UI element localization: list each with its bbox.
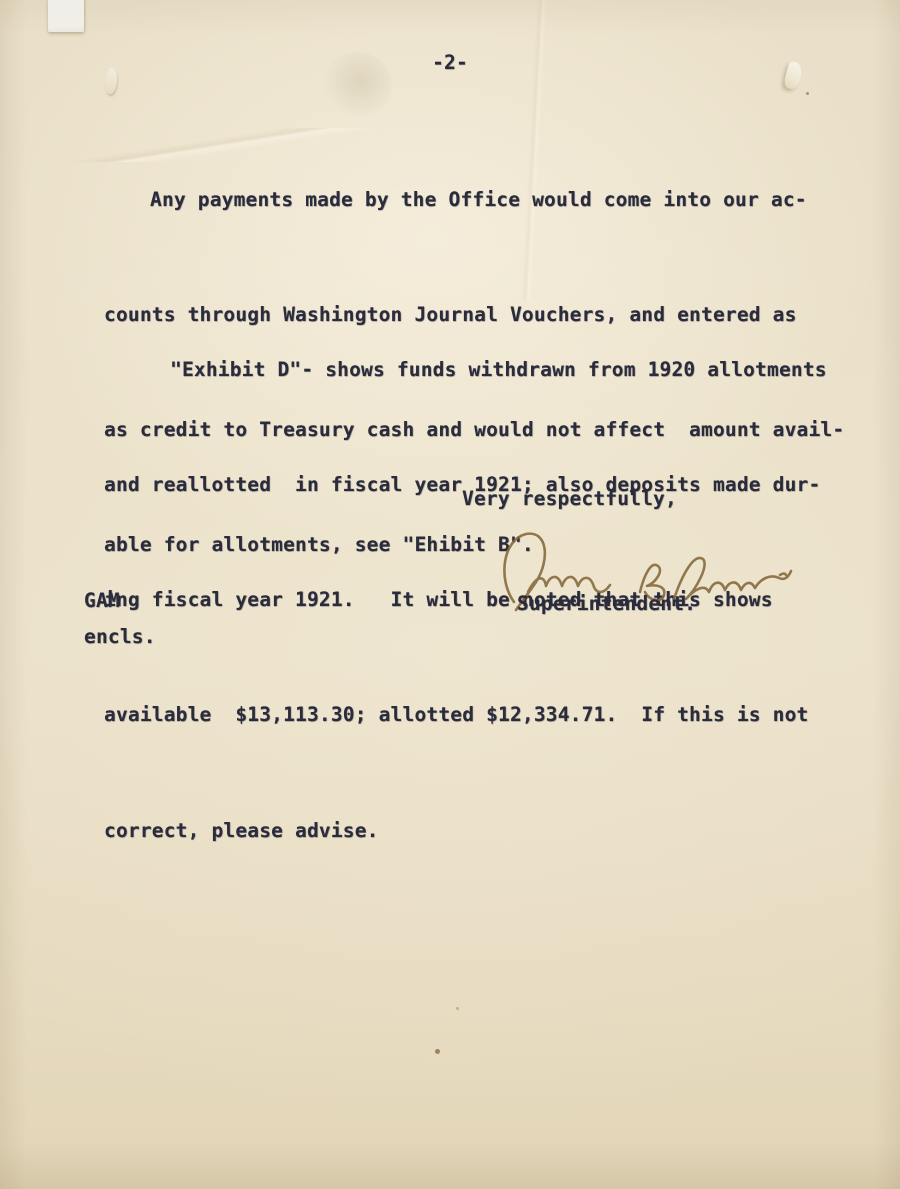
text-line: correct, please advise. <box>104 812 844 850</box>
page-number: -2- <box>0 44 900 82</box>
text-line: Any payments made by the Office would co… <box>104 181 844 219</box>
text-line: "Exhibit D"- shows funds withdrawn from … <box>104 351 844 389</box>
signature-title: Superintendent. <box>517 585 696 623</box>
tape-patch <box>48 0 84 32</box>
closing-salutation: Very respectfully, <box>462 480 677 518</box>
typist-initials: GAM <box>84 582 120 620</box>
text-line: available $13,113.30; allotted $12,334.7… <box>104 696 844 734</box>
ink-speck <box>456 1007 459 1010</box>
scanned-letter-page: { "page": { "number": "-2-" }, "letter":… <box>0 0 900 1189</box>
enclosure-note: encls. <box>84 618 156 656</box>
body-paragraph-2: "Exhibit D"- shows funds withdrawn from … <box>104 274 844 889</box>
ink-speck <box>435 1049 440 1054</box>
ink-speck <box>806 92 809 95</box>
text-line: ing fiscal year 1921. It will be noted t… <box>104 581 844 619</box>
